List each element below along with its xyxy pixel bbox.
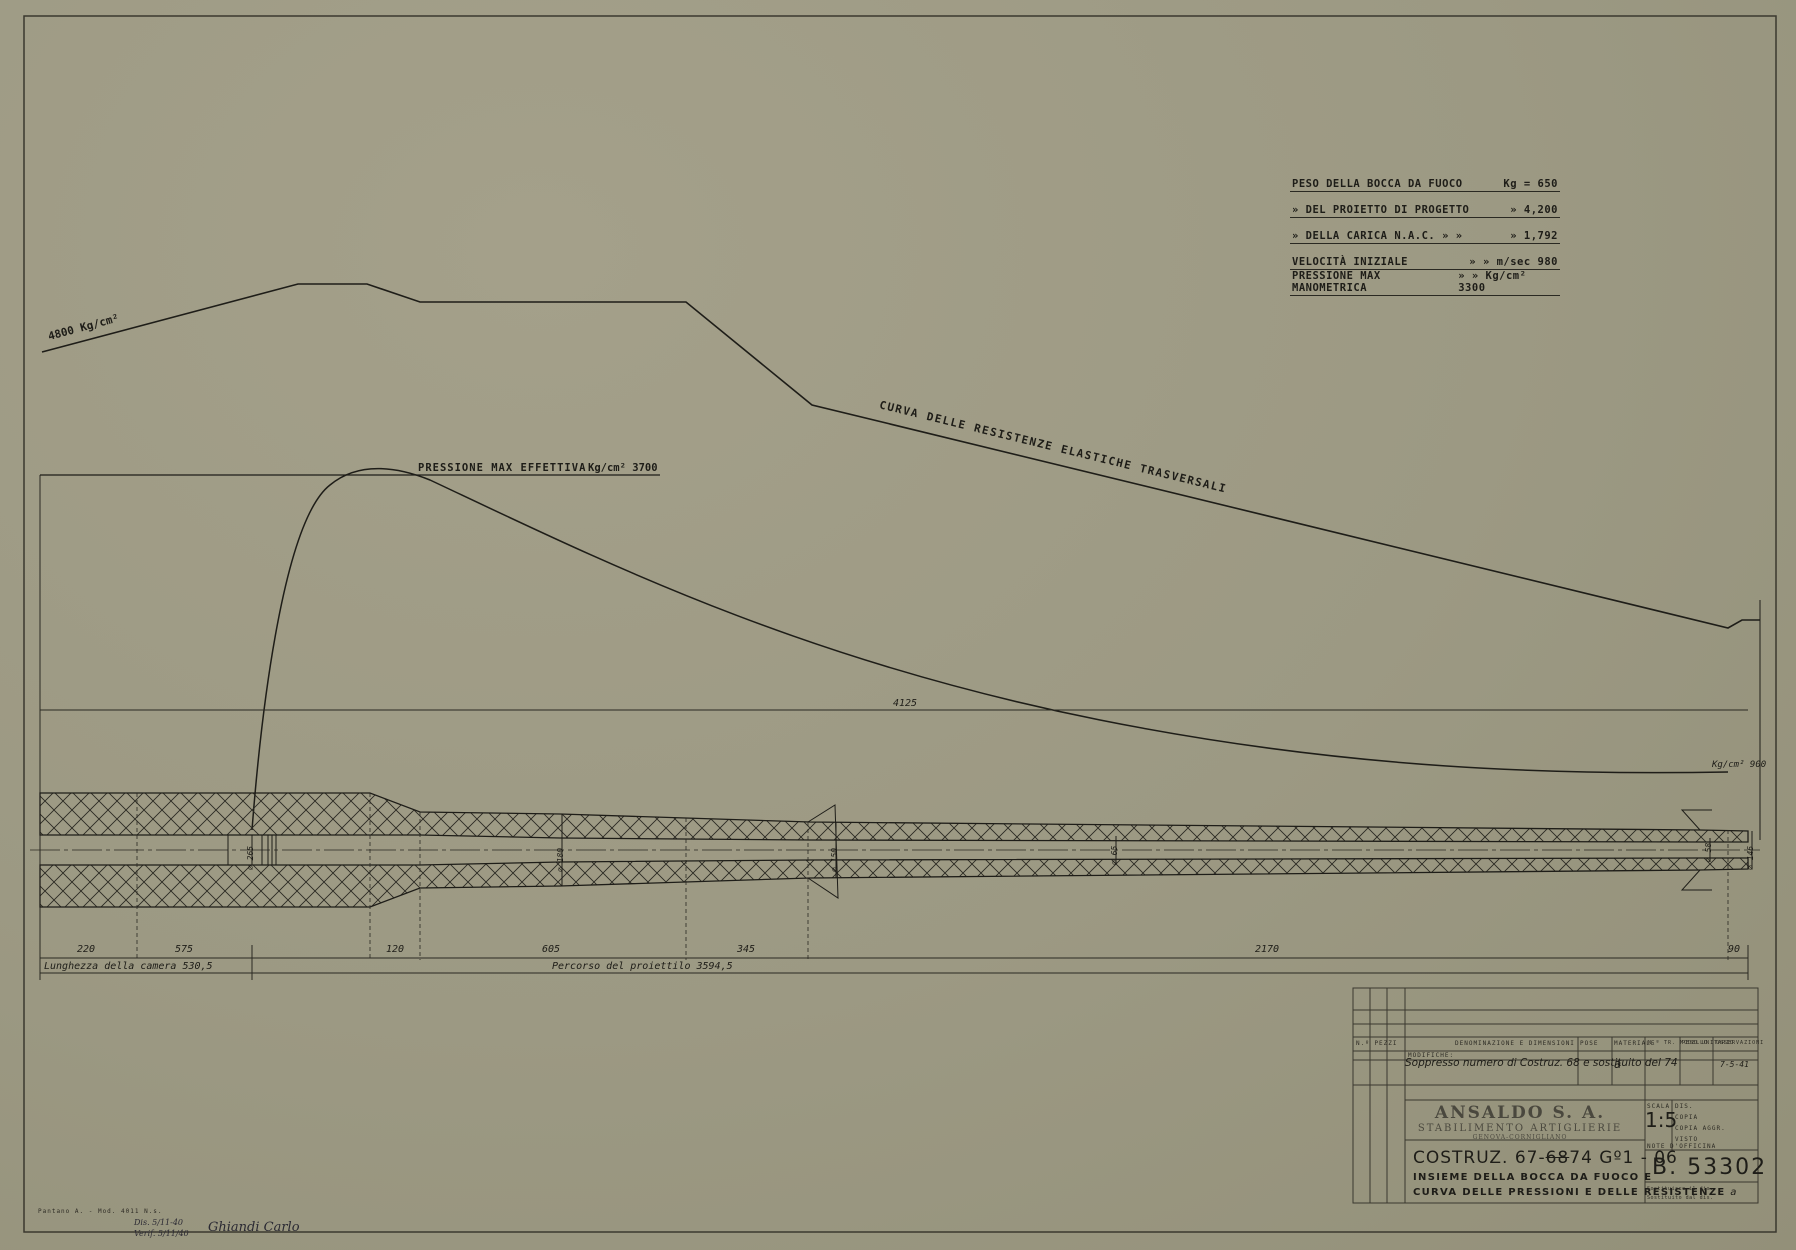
pressure-curve bbox=[252, 469, 1728, 830]
drawing-number: B. 53302 bbox=[1652, 1155, 1767, 1180]
spec-row-charge-weight: » DELLA CARICA N.A.C. » » » 1,792 bbox=[1290, 220, 1560, 244]
diameter-label: ⌀ 65 bbox=[1110, 846, 1119, 865]
spec-label: PESO DELLA BOCCA DA FUOCO bbox=[1292, 178, 1463, 190]
modification-mark: a bbox=[1614, 1057, 1621, 1071]
diameter-label: ⌀ 265 bbox=[246, 846, 255, 870]
spec-value: » » m/sec 980 bbox=[1469, 256, 1558, 268]
label-dis: DIS. bbox=[1675, 1103, 1693, 1110]
label-denominazione: DENOMINAZIONE E DIMENSIONI bbox=[1455, 1040, 1575, 1047]
projectile-travel-label: Percorso del proiettilo 3594,5 bbox=[552, 961, 733, 972]
construction-number: COSTRUZ. 67-6874 Gº1 - 06 bbox=[1413, 1148, 1678, 1168]
pressure-end-label: Kg/cm² 900 bbox=[1712, 760, 1766, 770]
spec-unit: Kg = bbox=[1503, 178, 1530, 190]
spec-value: Kg = 650 bbox=[1503, 178, 1558, 190]
costruz-struck: 68 bbox=[1546, 1148, 1570, 1168]
spec-label: PRESSIONE MAX MANOMETRICA bbox=[1292, 270, 1458, 294]
chamber-length-label: Lunghezza della camera 530,5 bbox=[44, 961, 213, 972]
company-division: STABILIMENTO ARTIGLIERIE bbox=[1400, 1123, 1640, 1134]
modification-text: Soppresso numero di Costruz. 68 e sostit… bbox=[1405, 1057, 1678, 1069]
pressure-max-value: Kg/cm² 3700 bbox=[588, 462, 658, 474]
spec-label: » DELLA CARICA N.A.C. » » bbox=[1292, 230, 1463, 242]
spec-unit: » bbox=[1510, 230, 1517, 242]
overall-length-dimension: 4125 bbox=[893, 698, 917, 709]
diameter-label: ⌀ 146 bbox=[1746, 846, 1755, 870]
label-n-pezzi: N.º PEZZI bbox=[1356, 1040, 1398, 1047]
spec-value: » » Kg/cm² 3300 bbox=[1458, 270, 1558, 294]
spec-unit: » bbox=[1510, 204, 1517, 216]
drawing-sheet: PESO DELLA BOCCA DA FUOCO Kg = 650 » DEL… bbox=[0, 0, 1796, 1250]
barrel-upper-wall bbox=[40, 793, 1748, 842]
spec-number: 1,792 bbox=[1524, 230, 1558, 242]
scale-value: 1:5 bbox=[1645, 1108, 1677, 1132]
label-visto: VISTO bbox=[1675, 1136, 1698, 1143]
spec-number: 4,200 bbox=[1524, 204, 1558, 216]
spec-row-gun-weight: PESO DELLA BOCCA DA FUOCO Kg = 650 bbox=[1290, 168, 1560, 192]
diameter-label: ⌀ 150 bbox=[830, 848, 839, 872]
spec-unit: » » Kg/cm² bbox=[1458, 270, 1526, 282]
label-copia: COPIA bbox=[1675, 1114, 1698, 1121]
spec-row-projectile-weight: » DEL PROIETTO DI PROGETTO » 4,200 bbox=[1290, 194, 1560, 218]
spec-row-max-pressure: PRESSIONE MAX MANOMETRICA » » Kg/cm² 330… bbox=[1290, 272, 1560, 296]
segment-dimension: 90 bbox=[1728, 944, 1740, 955]
segment-dimension: 220 bbox=[77, 944, 95, 955]
label-sostituisce: Sostituisce il dis. bbox=[1647, 1186, 1714, 1192]
diameter-label: ⌀ 180 bbox=[556, 848, 565, 872]
stamp-text: Pantano A. - Mod. 4011 N.s. bbox=[38, 1208, 163, 1215]
label-copia-agg: COPIA AGGR. bbox=[1675, 1125, 1726, 1132]
revision-mark: a bbox=[1730, 1187, 1737, 1198]
spec-number: 650 bbox=[1538, 178, 1558, 190]
spec-unit: » » m/sec bbox=[1469, 256, 1530, 268]
segment-dimension: 605 bbox=[542, 944, 560, 955]
segment-dimension: 345 bbox=[737, 944, 755, 955]
spec-number: 3300 bbox=[1458, 282, 1485, 294]
signature-name: Ghiandi Carlo bbox=[208, 1220, 300, 1235]
spec-row-muzzle-velocity: VELOCITÀ INIZIALE » » m/sec 980 bbox=[1290, 246, 1560, 270]
diameter-label: ⌀ 58 bbox=[1704, 843, 1713, 862]
spec-label: VELOCITÀ INIZIALE bbox=[1292, 256, 1408, 268]
spec-number: 980 bbox=[1538, 256, 1558, 268]
label-pose: POSE bbox=[1580, 1040, 1598, 1047]
label-osservazioni: OSSERVAZIONI bbox=[1716, 1040, 1764, 1046]
company-block: ANSALDO S. A. STABILIMENTO ARTIGLIERIE G… bbox=[1400, 1103, 1640, 1141]
segment-dimension: 575 bbox=[175, 944, 193, 955]
label-sostituito: Sostituito dal dis. bbox=[1647, 1195, 1714, 1201]
company-location: GENOVA-CORNIGLIANO bbox=[1400, 1134, 1640, 1141]
segment-dimension: 2170 bbox=[1255, 944, 1279, 955]
spec-label: » DEL PROIETTO DI PROGETTO bbox=[1292, 204, 1469, 216]
verified-date: Verif. 5/11/40 bbox=[134, 1229, 189, 1238]
company-name: ANSALDO S. A. bbox=[1400, 1103, 1640, 1123]
modification-date: 7-5-41 bbox=[1720, 1060, 1749, 1069]
drawn-date: Dis. 5/11-40 bbox=[134, 1218, 183, 1227]
segment-dimension: 120 bbox=[386, 944, 404, 955]
barrel-lower-wall bbox=[40, 858, 1748, 907]
spec-value: » 4,200 bbox=[1510, 204, 1558, 216]
spec-value: » 1,792 bbox=[1510, 230, 1558, 242]
costruz-prefix: COSTRUZ. 67- bbox=[1413, 1148, 1546, 1168]
specifications-table: PESO DELLA BOCCA DA FUOCO Kg = 650 » DEL… bbox=[1290, 168, 1560, 298]
pressure-max-label: PRESSIONE MAX EFFETTIVA bbox=[418, 462, 586, 474]
resistance-curve bbox=[42, 284, 1760, 628]
